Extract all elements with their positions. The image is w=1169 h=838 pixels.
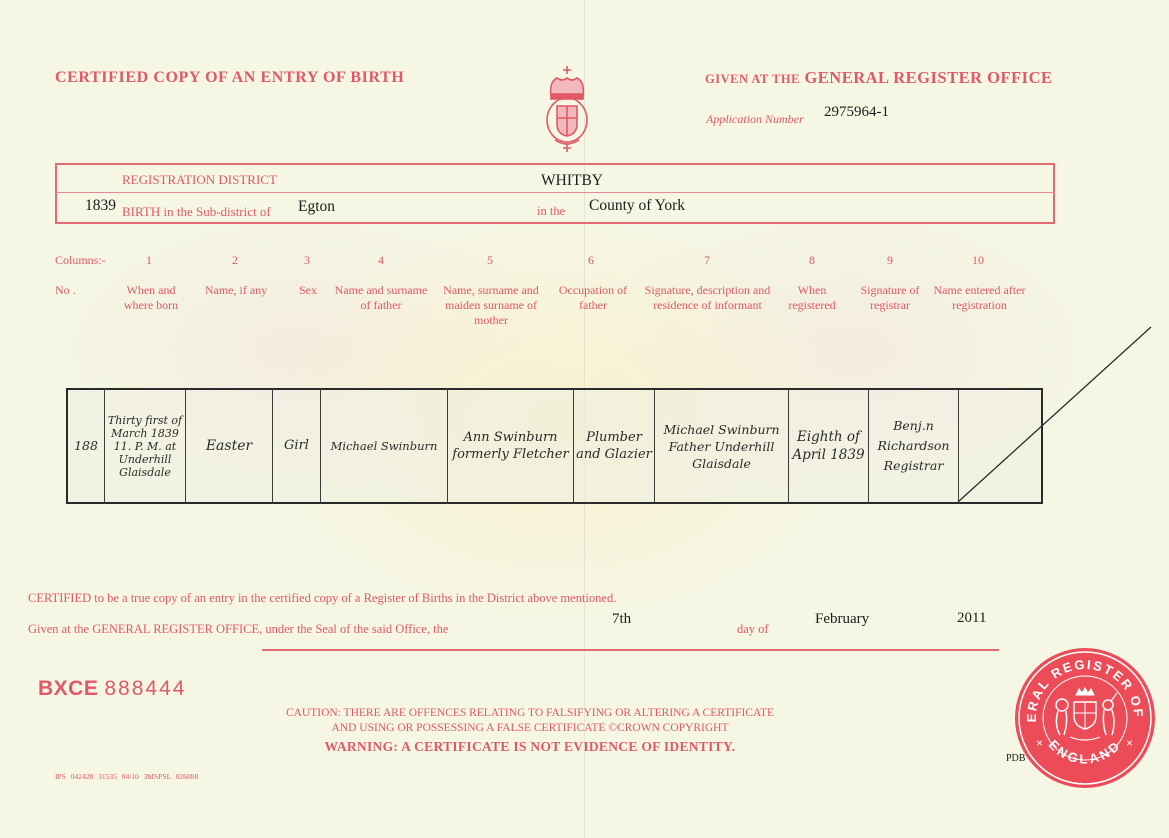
- day-of-label: day of: [737, 622, 769, 637]
- certification-year: 2011: [957, 610, 986, 627]
- svg-text:×: ×: [1036, 736, 1043, 750]
- caution-line-2: AND USING OR POSSESSING A FALSE CERTIFIC…: [230, 721, 830, 736]
- caution-line-1: CAUTION: THERE ARE OFFENCES RELATING TO …: [230, 706, 830, 721]
- certification-month: February: [815, 611, 869, 628]
- general-register-office-seal-icon: GENERAL REGISTER OFFICE ENGLAND × ×: [1014, 647, 1156, 789]
- certificate-serial: BXCE888444: [38, 677, 186, 701]
- signature-rule: [262, 649, 999, 651]
- registrar-initials: PDB: [1006, 753, 1025, 764]
- certification-statement: CERTIFIED to be a true copy of an entry …: [28, 591, 616, 606]
- identity-warning: WARNING: A CERTIFICATE IS NOT EVIDENCE O…: [230, 739, 830, 755]
- given-at-statement: Given at the GENERAL REGISTER OFFICE, un…: [28, 622, 448, 637]
- svg-text:×: ×: [1126, 736, 1133, 750]
- print-code: IPS 042428 31535 04/10 3MSPSL 026888: [55, 772, 198, 781]
- serial-number: 888444: [104, 677, 186, 700]
- caution-notice: CAUTION: THERE ARE OFFENCES RELATING TO …: [230, 706, 830, 736]
- certification-day: 7th: [612, 611, 631, 628]
- serial-prefix: BXCE: [38, 677, 98, 700]
